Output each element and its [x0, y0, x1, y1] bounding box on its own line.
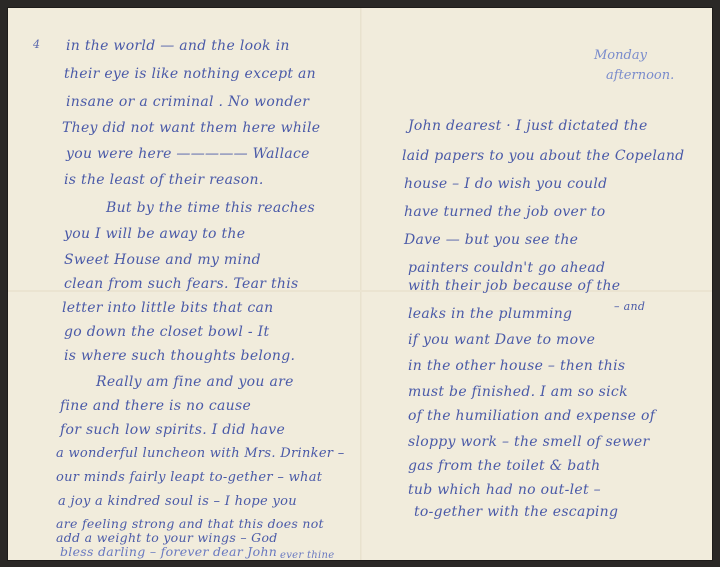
right-page: Monday afternoon. John dearest · I just … [362, 8, 712, 560]
handwritten-line: laid papers to you about the Copeland [402, 148, 684, 164]
handwritten-line: Really am fine and you are [96, 374, 294, 390]
handwritten-line: if you want Dave to move [408, 332, 595, 348]
letter-scan: 4 in the world — and the look in their e… [8, 8, 712, 560]
handwritten-line: in the other house – then this [408, 358, 625, 374]
handwritten-line: insane or a criminal . No wonder [66, 94, 309, 110]
handwritten-line: have turned the job over to [404, 204, 606, 220]
handwritten-line: in the world — and the look in [66, 38, 290, 54]
dateline-day: Monday [594, 48, 647, 63]
handwritten-line: is where such thoughts belong. [64, 348, 295, 364]
handwritten-line: They did not want them here while [62, 120, 320, 136]
dateline-time: afternoon. [606, 68, 674, 83]
handwritten-line: with their job because of the [408, 278, 620, 294]
handwritten-line: to-gether with the escaping [414, 504, 618, 520]
handwritten-line: their eye is like nothing except an [64, 66, 316, 82]
handwritten-line: bless darling – forever dear John [60, 544, 277, 559]
handwritten-line: house – I do wish you could [404, 176, 607, 192]
handwritten-line: clean from such fears. Tear this [64, 276, 298, 292]
handwritten-line: add a weight to your wings – God [56, 530, 278, 545]
handwritten-line: leaks in the plumming [408, 306, 572, 322]
handwritten-line: – and [614, 300, 645, 313]
handwritten-line: for such low spirits. I did have [60, 422, 285, 438]
handwritten-line: But by the time this reaches [106, 200, 315, 216]
handwritten-line: you were here ————— Wallace [66, 146, 310, 162]
handwritten-line: Dave — but you see the [404, 232, 578, 248]
handwritten-line: Sweet House and my mind [64, 252, 261, 268]
handwritten-line: of the humiliation and expense of [408, 408, 655, 424]
handwritten-line: fine and there is no cause [60, 398, 251, 414]
handwritten-line: is the least of their reason. [64, 172, 264, 188]
handwritten-line: a joy a kindred soul is – I hope you [58, 494, 297, 509]
handwritten-line: our minds fairly leapt to-gether – what [56, 470, 322, 485]
page-number: 4 [33, 38, 40, 51]
handwritten-line: letter into little bits that can [62, 300, 273, 316]
handwritten-line: go down the closet bowl - It [64, 324, 269, 340]
handwritten-line: a wonderful luncheon with Mrs. Drinker – [56, 446, 345, 461]
handwritten-line: sloppy work – the smell of sewer [408, 434, 649, 450]
signature-closing: ever thine [280, 550, 334, 561]
handwritten-line: gas from the toilet & bath [408, 458, 600, 474]
handwritten-line: tub which had no out-let – [408, 482, 601, 498]
handwritten-line: you I will be away to the [64, 226, 245, 242]
handwritten-line: are feeling strong and that this does no… [56, 516, 324, 531]
handwritten-line: must be finished. I am so sick [408, 384, 628, 400]
salutation-line: John dearest · I just dictated the [408, 118, 648, 134]
handwritten-line: painters couldn't go ahead [408, 260, 605, 276]
left-page: 4 in the world — and the look in their e… [8, 8, 360, 560]
